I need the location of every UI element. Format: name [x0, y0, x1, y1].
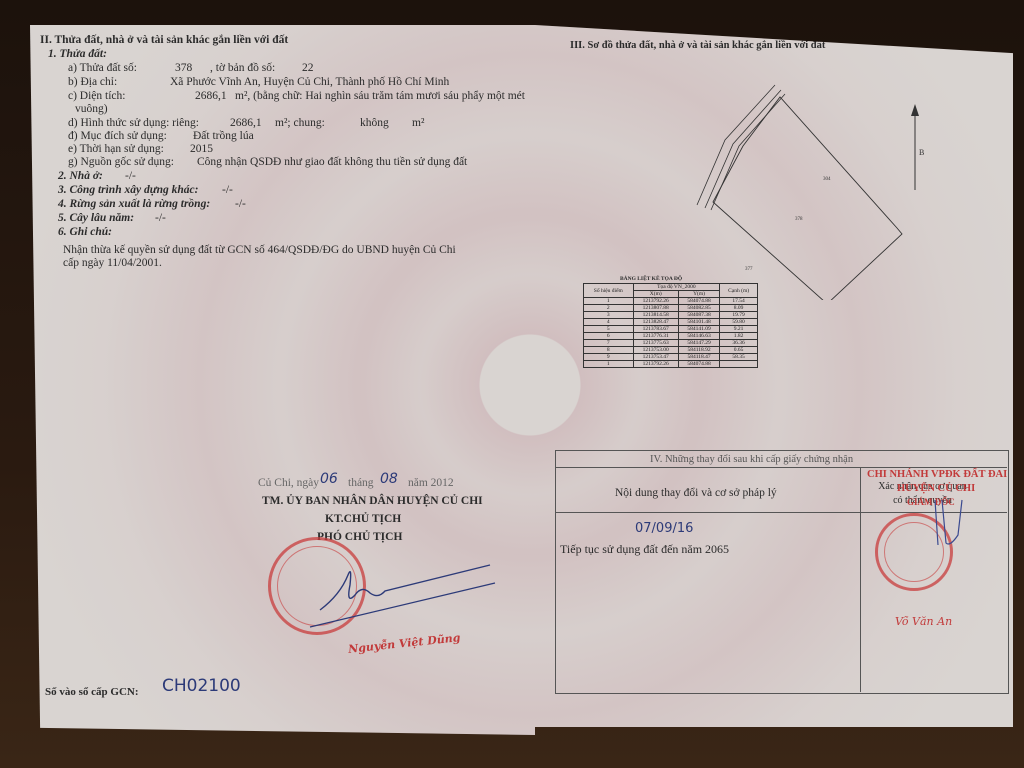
coord-cell-x: 1213792.26	[633, 298, 678, 305]
issue-month: 08	[380, 472, 398, 486]
coord-cell-edge: 8.09	[720, 305, 758, 312]
section-4-title: IV. Những thay đổi sau khi cấp giấy chứn…	[650, 453, 853, 467]
coord-cell-y: 584074.88	[678, 361, 719, 368]
coord-cell-y: 584082.85	[678, 305, 719, 312]
certificate-left-page: II. Thửa đất, nhà ở và tài sản khác gắn …	[30, 25, 535, 735]
issue-year: năm 2012	[408, 476, 454, 490]
coord-cell-edge: 19.79	[720, 312, 758, 319]
note-line-2: cấp ngày 11/04/2001.	[63, 256, 162, 270]
coord-cell-pt: 5	[584, 326, 634, 333]
parcel-number-value: 378	[175, 61, 192, 75]
coord-cell-y: 584074.88	[678, 298, 719, 305]
usage-shared-value: không	[360, 116, 389, 130]
coord-cell-y: 584141.09	[678, 326, 719, 333]
coord-cell-y: 584118.92	[678, 347, 719, 354]
issue-place: Củ Chi, ngày	[258, 476, 319, 490]
coord-cell-y: 584101.48	[678, 319, 719, 326]
house-label: 2. Nhà ở:	[58, 169, 103, 183]
changes-col1-header: Nội dung thay đổi và cơ sở pháp lý	[615, 486, 777, 500]
change-entry-text: Tiếp tục sử dụng đất đến năm 2065	[560, 542, 729, 556]
coord-cell-x: 1213792.26	[633, 361, 678, 368]
coord-cell-edge: 9.21	[720, 326, 758, 333]
coord-cell-edge: 0.65	[720, 347, 758, 354]
parcel-map: B 304 378 377 379	[685, 80, 965, 300]
land-parcel-heading: 1. Thửa đất:	[48, 47, 107, 61]
change-entry-date: 07/09/16	[635, 522, 693, 536]
origin-value: Công nhận QSDĐ như giao đất không thu ti…	[197, 155, 467, 169]
neighbor-304: 304	[823, 177, 831, 182]
coord-cell-edge: 36.36	[720, 340, 758, 347]
other-construction-label: 3. Công trình xây dựng khác:	[58, 183, 198, 197]
area-label: c) Diện tích:	[68, 89, 125, 103]
map-sheet-label: , tờ bản đồ số:	[210, 61, 275, 75]
stamp-org-line-2: HUYỆN CỦ CHI	[897, 482, 975, 496]
usage-shared-unit: m²	[412, 116, 424, 130]
neighbor-377: 377	[745, 267, 753, 272]
coord-row: 71213775.63584147.2936.36	[584, 340, 758, 347]
coord-row: 21213807.88584082.858.09	[584, 305, 758, 312]
stamp-org-line-1: CHI NHÁNH VPĐK ĐẤT ĐAI	[867, 468, 1007, 482]
signatory-role-1: KT.CHỦ TỊCH	[325, 512, 401, 526]
forest-label: 4. Rừng sản xuất là rừng trồng:	[58, 197, 210, 211]
coord-row: 51213783.67584141.099.21	[584, 326, 758, 333]
other-construction-value: -/-	[222, 183, 233, 197]
coord-cell-pt: 1	[584, 298, 634, 305]
signer-name-right: Võ Văn An	[895, 615, 952, 629]
registry-value: CH02100	[162, 679, 241, 693]
area-words: m², (bằng chữ: Hai nghìn sáu trăm tám mư…	[235, 89, 525, 103]
forest-value: -/-	[235, 197, 246, 211]
signatory-name: Nguyễn Việt Dũng	[348, 631, 461, 657]
usage-private-value: 2686,1	[230, 116, 262, 130]
origin-label: g) Nguồn gốc sử dụng:	[68, 155, 174, 169]
coord-cell-x: 1213814.58	[633, 312, 678, 319]
coord-cell-x: 1213753.00	[633, 347, 678, 354]
purpose-label: đ) Mục đích sử dụng:	[68, 129, 167, 143]
parcel-number-label: a) Thửa đất số:	[68, 61, 137, 75]
coord-cell-y: 584146.63	[678, 333, 719, 340]
coord-cell-edge: 17.54	[720, 298, 758, 305]
perennial-trees-label: 5. Cây lâu năm:	[58, 211, 134, 225]
term-label: e) Thời hạn sử dụng:	[68, 142, 164, 156]
issue-day: 06	[320, 472, 338, 486]
coord-cell-pt: 1	[584, 361, 634, 368]
coord-cell-pt: 6	[584, 333, 634, 340]
coord-cell-pt: 9	[584, 354, 634, 361]
coord-cell-edge: 1.82	[720, 333, 758, 340]
coord-row: 81213753.00584118.920.65	[584, 347, 758, 354]
registry-label: Số vào sổ cấp GCN:	[45, 685, 139, 699]
perennial-trees-value: -/-	[155, 211, 166, 225]
coord-cell-y: 584087.38	[678, 312, 719, 319]
col-edge-header: Cạnh (m)	[720, 284, 758, 298]
note-line-1: Nhận thừa kế quyền sử dụng đất từ GCN số…	[63, 243, 456, 257]
col-system-header: Tọa độ VN_2000	[633, 284, 720, 291]
parcel-main-label: 378	[795, 217, 803, 222]
usage-form-label: d) Hình thức sử dụng: riêng:	[68, 116, 199, 130]
coord-cell-pt: 3	[584, 312, 634, 319]
section-3-title: III. Sơ đồ thửa đất, nhà ở và tài sản kh…	[570, 39, 825, 53]
col-point-header: Số hiệu điểm	[584, 284, 634, 298]
term-value: 2015	[190, 142, 213, 156]
notes-label: 6. Ghi chú:	[58, 225, 112, 239]
signature-left	[300, 555, 500, 635]
map-sheet-value: 22	[302, 61, 314, 75]
section-2-title: II. Thửa đất, nhà ở và tài sản khác gắn …	[40, 33, 288, 47]
signatory-org: TM. ỦY BAN NHÂN DÂN HUYỆN CỦ CHI	[262, 494, 483, 508]
area-value: 2686,1	[195, 89, 227, 103]
coord-cell-x: 1213783.67	[633, 326, 678, 333]
coord-cell-y: 584147.29	[678, 340, 719, 347]
coord-cell-edge	[720, 361, 758, 368]
coord-cell-edge: 59.80	[720, 319, 758, 326]
area-words-cont: vuông)	[75, 102, 108, 116]
coord-cell-x: 1213828.47	[633, 319, 678, 326]
coordinate-table: Số hiệu điểm Tọa độ VN_2000 Cạnh (m) X(m…	[583, 283, 758, 368]
coord-cell-y: 584118.47	[678, 354, 719, 361]
coord-cell-pt: 8	[584, 347, 634, 354]
coord-cell-pt: 2	[584, 305, 634, 312]
address-label: b) Địa chỉ:	[68, 75, 117, 89]
coord-cell-x: 1213807.88	[633, 305, 678, 312]
coord-row: 41213828.47584101.4859.80	[584, 319, 758, 326]
north-label: B	[919, 148, 924, 157]
coord-cell-x: 1213776.31	[633, 333, 678, 340]
col-x-header: X(m)	[633, 291, 678, 298]
signature-right	[930, 495, 970, 555]
coord-cell-edge: 58.35	[720, 354, 758, 361]
coord-row: 11213792.26584074.8817.54	[584, 298, 758, 305]
coord-cell-pt: 7	[584, 340, 634, 347]
address-value: Xã Phước Vĩnh An, Huyện Củ Chi, Thành ph…	[170, 75, 449, 89]
coord-cell-x: 1213753.47	[633, 354, 678, 361]
coord-row: 61213776.31584146.631.82	[584, 333, 758, 340]
purpose-value: Đất trồng lúa	[193, 129, 254, 143]
coord-cell-pt: 4	[584, 319, 634, 326]
certificate-right-page: III. Sơ đồ thửa đất, nhà ở và tài sản kh…	[535, 25, 1013, 727]
col-y-header: Y(m)	[678, 291, 719, 298]
coord-row: 11213792.26584074.88	[584, 361, 758, 368]
usage-shared-label: m²; chung:	[275, 116, 325, 130]
house-value: -/-	[125, 169, 136, 183]
issue-month-label: tháng	[348, 476, 374, 490]
coord-row: 91213753.47584118.4758.35	[584, 354, 758, 361]
coord-cell-x: 1213775.63	[633, 340, 678, 347]
coord-row: 31213814.58584087.3819.79	[584, 312, 758, 319]
